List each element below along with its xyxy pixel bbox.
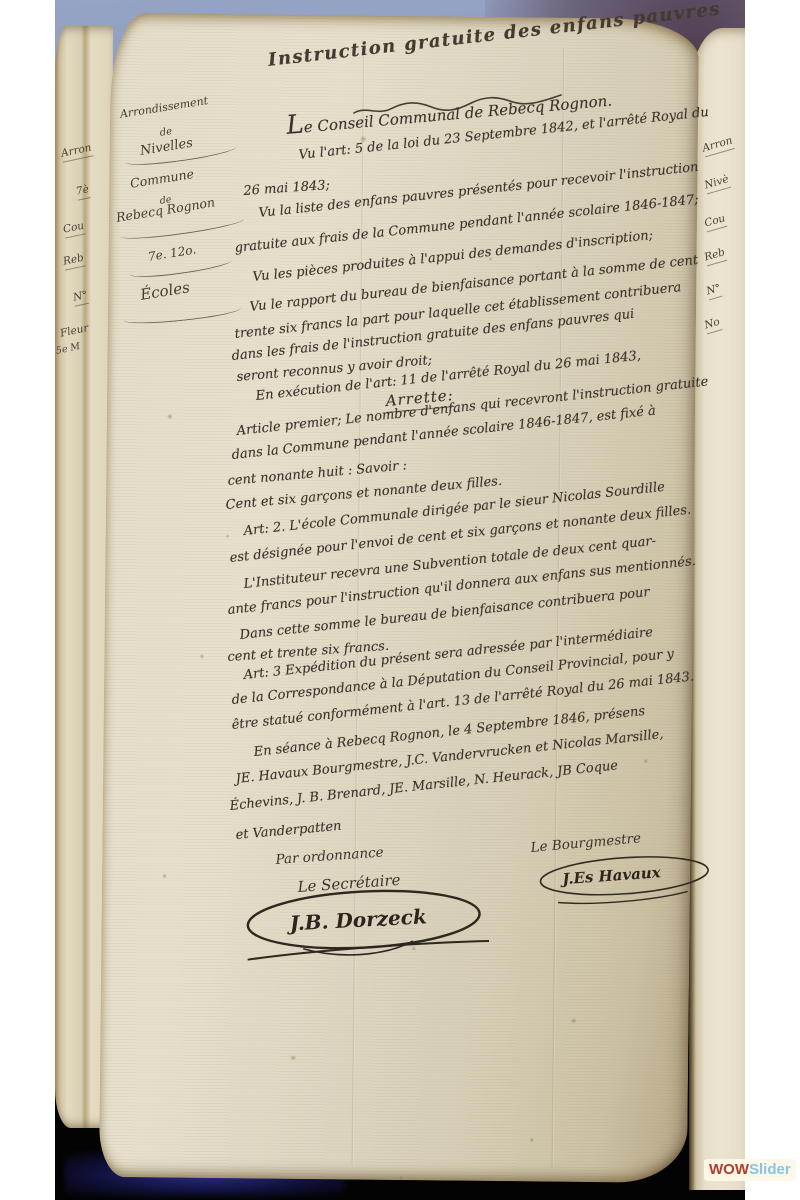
watermark-slider-text: Slider — [749, 1159, 791, 1181]
margin-arrondissement: Arrondissement — [119, 94, 209, 121]
margin-arrondissement: de — [159, 126, 173, 139]
par-ordonnance-label: Par ordonnance — [275, 844, 384, 868]
bourgmestre-signature: J.Es Havaux — [535, 847, 718, 909]
margin-underline-flourish — [123, 302, 242, 327]
archive-photo-page: { "photo": { "description": "open regist… — [0, 0, 800, 1200]
watermark-wow-text: WOW — [709, 1159, 749, 1181]
margin-ecoles: Écoles — [139, 278, 191, 304]
margin-commune: Commune — [129, 166, 195, 191]
wowslider-watermark[interactable]: WOWSlider — [704, 1159, 796, 1181]
manuscript-line: et Vanderpatten — [235, 819, 342, 844]
secretary-signature: J.B. Dorzeck — [240, 877, 494, 970]
document-title: Instruction gratuite des enfans pauvres — [267, 0, 722, 72]
margin-dossier-number: 7e. 12o. — [147, 242, 197, 263]
manuscript-photo: Arron 7è Cou Reb N° Fleur 5e M Arron Niv… — [55, 0, 745, 1200]
handwritten-text-layer: Instruction gratuite des enfans pauvres … — [55, 0, 745, 1200]
bourgmestre-label: Le Bourgmestre — [530, 830, 642, 856]
margin-underline — [129, 258, 233, 281]
manuscript-line: 26 mai 1843; — [243, 178, 330, 200]
